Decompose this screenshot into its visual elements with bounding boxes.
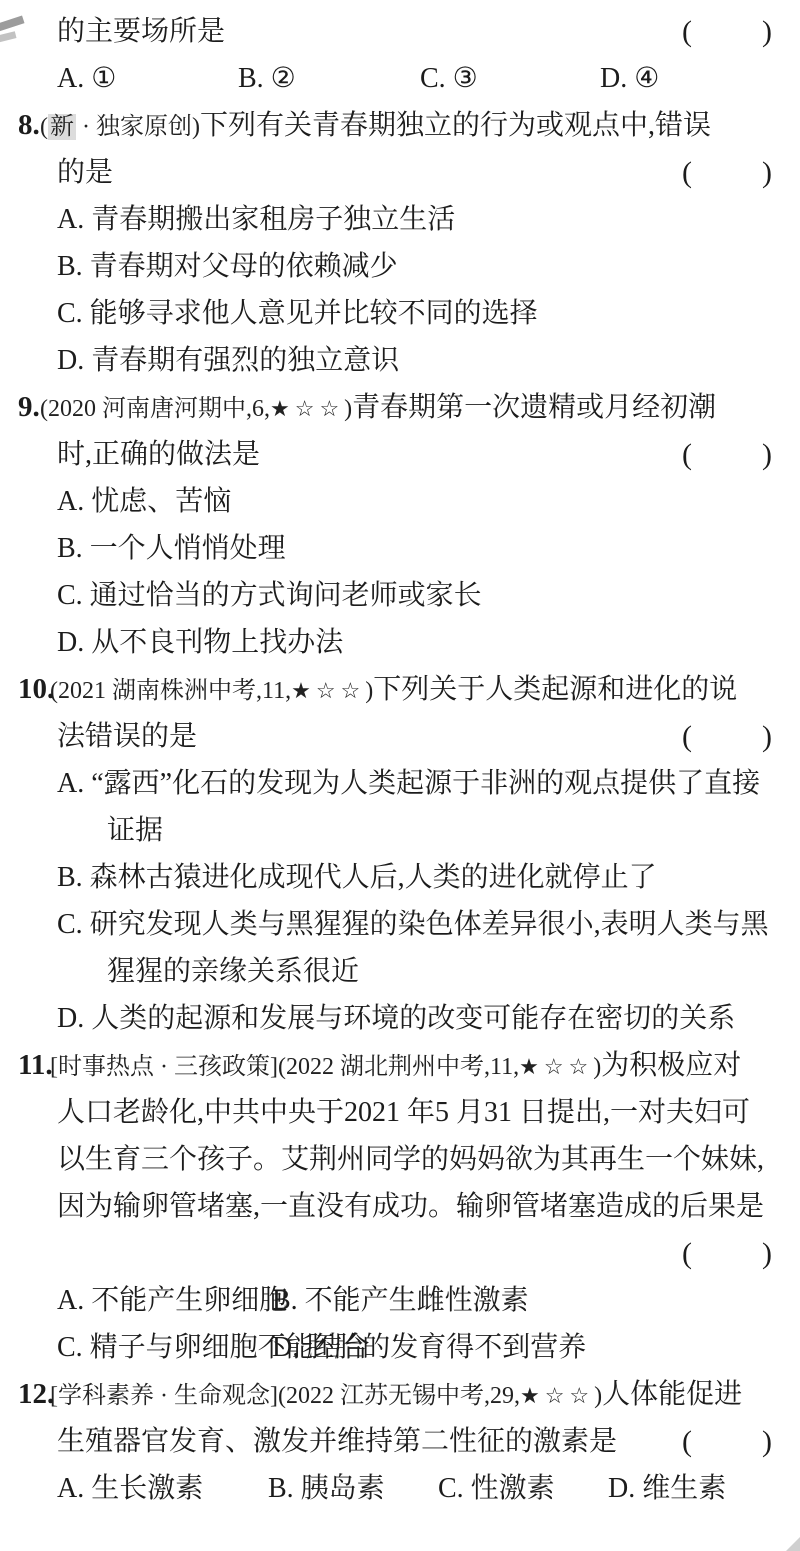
- q10-source-tag: (2021 湖南株洲中考,11,★☆☆): [50, 678, 373, 704]
- answer-bracket: (): [682, 1230, 772, 1277]
- question-number: 10.: [18, 666, 54, 713]
- answer-bracket: (): [682, 431, 772, 478]
- corner-artifact: [786, 1537, 800, 1551]
- q11-options-row2: C. 精子与卵细胞不能结合 D. 胚胎的发育得不到营养: [0, 1324, 800, 1371]
- q11-stem-text: 为积极应对: [601, 1050, 741, 1081]
- question-number: 11.: [18, 1042, 53, 1089]
- q9-option-a: A. 忧虑、苦恼: [0, 478, 800, 525]
- q7-stem-tail: 的主要场所是 (): [0, 8, 800, 55]
- difficulty-stars: ★☆☆: [519, 1054, 593, 1079]
- option-a: A. 不能产生卵细胞: [57, 1277, 287, 1324]
- q11-stem-line2: 人口老龄化,中共中央于2021 年5 月31 日提出,一对夫妇可: [0, 1089, 800, 1136]
- q8-option-b: B. 青春期对父母的依赖减少: [0, 243, 800, 290]
- q12-heading: 12.[学科素养 · 生命观念](2022 江苏无锡中考,29,★☆☆)人体能促…: [0, 1371, 800, 1418]
- answer-bracket: (): [682, 8, 772, 55]
- q9-source-tag: (2020 河南唐河期中,6,★☆☆): [40, 396, 352, 422]
- q8-source-tag: (新 · 独家原创): [40, 114, 200, 140]
- difficulty-stars: ★☆☆: [520, 1383, 594, 1408]
- q7-stem-text: 的主要场所是: [57, 16, 225, 47]
- q7-options-row: A. ① B. ② C. ③ D. ④: [0, 55, 800, 102]
- q10-option-c: C. 研究发现人类与黑猩猩的染色体差异很小,表明人类与黑: [0, 901, 800, 948]
- q8-heading: 8.(新 · 独家原创)下列有关青春期独立的行为或观点中,错误: [0, 102, 800, 149]
- q10-option-d: D. 人类的起源和发展与环境的改变可能存在密切的关系: [0, 995, 800, 1042]
- option-b: B. 不能产生雌性激素: [272, 1277, 529, 1324]
- q12-stem-line2: 生殖器官发育、激发并维持第二性征的激素是 (): [0, 1418, 800, 1465]
- q12-options-row: A. 生长激素 B. 胰岛素 C. 性激素 D. 维生素: [0, 1465, 800, 1512]
- q8-stem-text: 下列有关青春期独立的行为或观点中,错误: [200, 110, 711, 141]
- q9-stem-line2: 时,正确的做法是 (): [0, 431, 800, 478]
- q11-heading: 11.[时事热点 · 三孩政策](2022 湖北荆州中考,11,★☆☆)为积极应…: [0, 1042, 800, 1089]
- option-a: A. 生长激素: [57, 1465, 203, 1512]
- q8-option-a: A. 青春期搬出家租房子独立生活: [0, 196, 800, 243]
- q11-bracket-line: (): [0, 1230, 800, 1277]
- answer-bracket: (): [682, 713, 772, 760]
- option-c: C. ③: [420, 55, 478, 102]
- option-a: A. ①: [57, 55, 116, 102]
- question-number: 12.: [18, 1371, 54, 1418]
- q10-heading: 10.(2021 湖南株洲中考,11,★☆☆)下列关于人类起源和进化的说: [0, 666, 800, 713]
- q8-option-c: C. 能够寻求他人意见并比较不同的选择: [0, 290, 800, 337]
- option-d: D. 维生素: [608, 1465, 726, 1512]
- q9-option-d: D. 从不良刊物上找办法: [0, 619, 800, 666]
- q9-stem-text: 青春期第一次遗精或月经初潮: [352, 392, 716, 423]
- q12-stem-text: 人体能促进: [602, 1379, 742, 1410]
- q12-source-tag: (2022 江苏无锡中考,29,★☆☆): [278, 1383, 602, 1409]
- q9-option-b: B. 一个人悄悄处理: [0, 525, 800, 572]
- q12-topic-tag: [学科素养 · 生命观念]: [50, 1383, 278, 1409]
- difficulty-stars: ★☆☆: [270, 396, 344, 421]
- question-number: 9.: [18, 384, 40, 431]
- option-c: C. 性激素: [438, 1465, 555, 1512]
- q10-option-c-cont: 猩猩的亲缘关系很近: [0, 948, 800, 995]
- q11-source-tag: (2022 湖北荆州中考,11,★☆☆): [278, 1054, 601, 1080]
- q10-stem-line2: 法错误的是 (): [0, 713, 800, 760]
- exam-page: 的主要场所是 () A. ① B. ② C. ③ D. ④ 8.(新 · 独家原…: [0, 0, 800, 1551]
- q9-heading: 9.(2020 河南唐河期中,6,★☆☆)青春期第一次遗精或月经初潮: [0, 384, 800, 431]
- q10-option-b: B. 森林古猿进化成现代人后,人类的进化就停止了: [0, 854, 800, 901]
- q10-option-a-cont: 证据: [0, 807, 800, 854]
- answer-bracket: (): [682, 1418, 772, 1465]
- option-d: D. ④: [600, 55, 659, 102]
- q8-option-d: D. 青春期有强烈的独立意识: [0, 337, 800, 384]
- answer-bracket: (): [682, 149, 772, 196]
- q10-option-a: A. “露西”化石的发现为人类起源于非洲的观点提供了直接: [0, 760, 800, 807]
- difficulty-stars: ★☆☆: [291, 678, 365, 703]
- question-number: 8.: [18, 102, 40, 149]
- q8-stem-line2: 的是 (): [0, 149, 800, 196]
- new-tag-highlight: 新: [48, 114, 76, 140]
- q11-topic-tag: [时事热点 · 三孩政策]: [50, 1054, 278, 1080]
- option-d: D. 胚胎的发育得不到营养: [272, 1324, 586, 1371]
- q9-option-c: C. 通过恰当的方式询问老师或家长: [0, 572, 800, 619]
- option-b: B. ②: [238, 55, 296, 102]
- q11-stem-line4: 因为输卵管堵塞,一直没有成功。输卵管堵塞造成的后果是: [0, 1183, 800, 1230]
- option-b: B. 胰岛素: [268, 1465, 385, 1512]
- q10-stem-text: 下列关于人类起源和进化的说: [373, 674, 737, 705]
- q11-stem-line3: 以生育三个孩子。艾荆州同学的妈妈欲为其再生一个妹妹,: [0, 1136, 800, 1183]
- q11-options-row1: A. 不能产生卵细胞 B. 不能产生雌性激素: [0, 1277, 800, 1324]
